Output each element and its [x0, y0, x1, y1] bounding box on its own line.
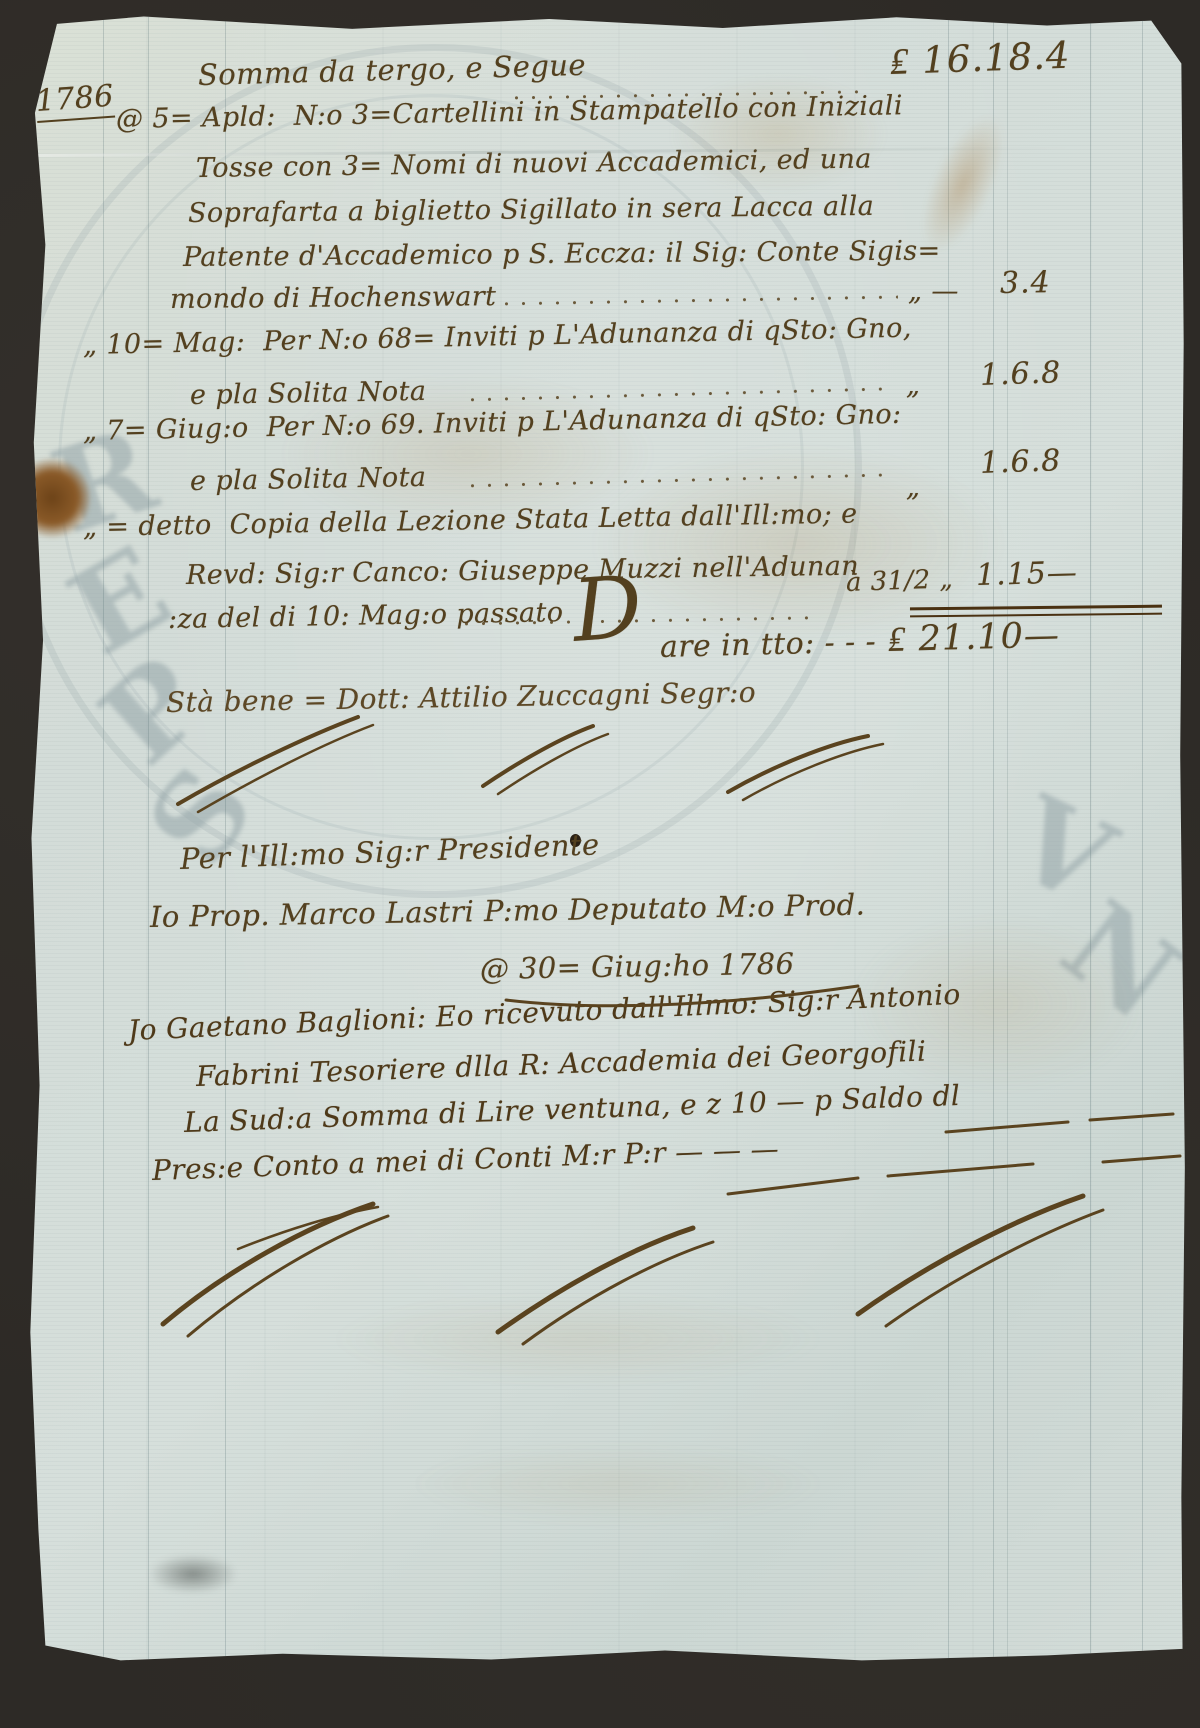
authorization-date: @ 30= Giug:ho 1786 — [480, 947, 795, 986]
total-amount: ₤ 21.10— — [887, 616, 1060, 660]
entry-row: e pla Solita Nota — [190, 376, 427, 411]
entry-amount: 3.4 — [1000, 265, 1051, 301]
total-label: are in tto: - - - — [660, 624, 877, 665]
ditto-mark: „ — — [908, 276, 959, 307]
receipt-line: Jo Gaetano Baglioni: Eo ricevuto dall'Il… — [127, 978, 961, 1047]
entry-date: „ 7= Giug:o — [83, 413, 249, 447]
authorization-line: Io Prop. Marco Lastri P:mo Deputato M:o … — [150, 888, 866, 934]
entry-date: @ 5= Apld: — [116, 101, 276, 135]
bleedthrough-smudge — [408, 1444, 828, 1524]
lira-symbol: ₤ — [889, 39, 910, 83]
entry-date: „ 10= Mag: — [83, 327, 246, 361]
entry-row: e pla Solita Nota — [190, 462, 427, 497]
amount-column-rule — [993, 14, 994, 1662]
margin-year: 1786 — [35, 79, 115, 123]
entry-amount: 1.6.8 — [979, 443, 1062, 481]
entry-date: „ = detto — [83, 510, 212, 543]
manuscript-page: R E P S V N Somma da tergo, e Segue ₤ 16… — [28, 14, 1186, 1662]
margin-rule — [148, 14, 149, 1662]
amount-column-rule — [1090, 14, 1091, 1662]
ditto-mark: „ — [906, 472, 920, 503]
amount-column-rule — [948, 14, 949, 1662]
bleedthrough-smudge — [328, 1294, 828, 1384]
receipt-line: Pres:e Conto a mei di Conti M:r P:r — — … — [151, 1132, 779, 1187]
entry-row: Patente d'Accademico p S. Eccza: il Sig:… — [183, 235, 941, 273]
ditto-mark: „ — [906, 370, 920, 401]
carried-forward-amount: ₤ 16.18.4 — [889, 34, 1071, 84]
amount-column-rule — [1142, 14, 1143, 1662]
total-initial: D — [571, 577, 644, 642]
rate-note: à 31/2 „ — [845, 564, 953, 598]
entry-amount: 1.15— — [976, 555, 1079, 593]
margin-rule — [103, 14, 104, 1662]
scanned-manuscript-photo: { "document": { "kind": "handwritten acc… — [0, 0, 1200, 1728]
entry-row: mondo di Hochenswart — [170, 281, 497, 315]
lira-symbol: ₤ — [887, 620, 907, 660]
entry-amount: 1.6.8 — [979, 355, 1062, 393]
